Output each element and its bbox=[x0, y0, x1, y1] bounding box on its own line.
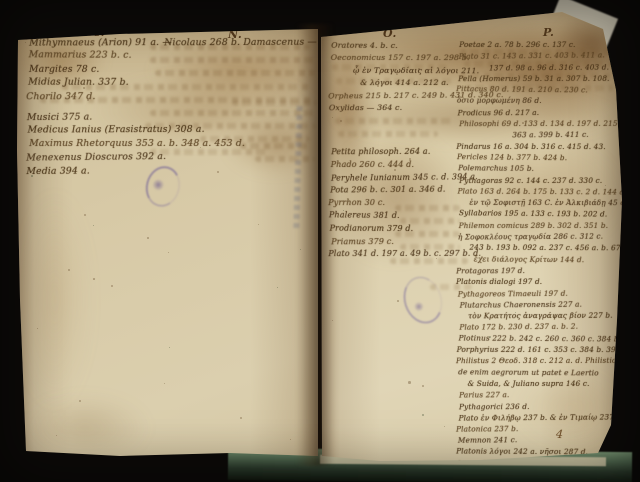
foxing-speck bbox=[340, 120, 342, 122]
paper-stain bbox=[20, 190, 90, 410]
index-entry: Orpheus 215 b. 217 c. 249 b. 431 d. 340 … bbox=[328, 89, 456, 102]
foxing-speck bbox=[422, 414, 424, 416]
manuscript-photo: M. N. Mithymnaeus (Arion) 91 a. —Mammari… bbox=[0, 0, 640, 482]
index-column-p-left: Petita philosoph. 264 a.Phado 260 c. 444… bbox=[330, 146, 466, 261]
bleedthrough-text-ghost bbox=[338, 131, 438, 137]
index-entry: Petita philosoph. 264 a. bbox=[331, 146, 467, 159]
index-entry: Polemarchus 105 b. bbox=[458, 163, 628, 176]
gutter-crease-highlight bbox=[319, 30, 321, 458]
index-entry: Memnon 241 c. bbox=[458, 434, 628, 447]
foxing-speck bbox=[168, 252, 169, 253]
foxing-speck bbox=[93, 225, 94, 226]
index-entry: Plotinus 222 b. 242 c. 260 c. 360 c. 384… bbox=[459, 332, 629, 344]
paper-stain bbox=[20, 395, 150, 460]
index-column-p-right: Poetae 2 a. 78 b. 296 c. 137 c.Plato 31 … bbox=[458, 39, 628, 468]
index-entry: Priamus 379 c. bbox=[331, 235, 467, 248]
foxing-speck bbox=[332, 320, 333, 321]
foxing-speck bbox=[300, 249, 301, 250]
foxing-speck bbox=[25, 42, 26, 43]
index-entry: Philemon comicus 289 b. 302 d. 351 b. bbox=[459, 220, 629, 231]
index-entry: 363 a. 399 b. 411 c. bbox=[512, 129, 626, 141]
foxing-speck bbox=[397, 300, 399, 302]
foxing-speck bbox=[290, 439, 291, 440]
index-entry: Plato 163 d. 264 b. 175 b. 133 c. 2 d. 1… bbox=[458, 185, 628, 197]
index-entry: Parius 227 a. bbox=[459, 389, 629, 401]
index-entry: Protagoras 197 d. bbox=[456, 265, 626, 277]
index-entry: ἔχει διάλογος Κρίτων 144 d. bbox=[474, 253, 628, 265]
index-entry: Pota 296 b. c. 301 a. 346 d. bbox=[330, 184, 466, 198]
index-entry: Oratores 4. b. c. bbox=[331, 40, 459, 53]
foxing-speck bbox=[258, 224, 259, 225]
index-entry: Phalereus 381 d. bbox=[329, 209, 465, 223]
index-entry: Syllabarios 195 a. 133 c. 193 b. 202 d. bbox=[459, 208, 629, 221]
foxing-speck bbox=[408, 381, 411, 384]
index-entry: Margites 78 c. bbox=[29, 63, 314, 77]
index-entry: Mammarius 223 b. c. bbox=[29, 49, 314, 64]
index-entry: Pyrrhon 30 c. bbox=[328, 197, 464, 210]
foxing-speck bbox=[147, 237, 149, 239]
index-entry: Medicus Ianius (Erasistratus) 308 a. bbox=[28, 123, 313, 137]
index-entry: Porphyrius 222 d. 161 c. 353 c. 384 b. 3… bbox=[457, 344, 627, 355]
index-entry: Platonis dialogi 197 d. bbox=[456, 276, 626, 287]
foxing-speck bbox=[422, 385, 424, 387]
foxing-speck bbox=[240, 417, 242, 419]
index-entry: Midias Julian. 337 b. bbox=[28, 76, 313, 90]
index-entry: ᾧ ἐν Τραγῳδίαις αἱ λόγοι 211. bbox=[353, 65, 459, 78]
index-entry: Plato 341 d. 197 a. 49 b. c. 297 b. d. bbox=[328, 248, 464, 261]
index-entry: Philosophi 69 d. 133 d. 134 d. 197 d. 21… bbox=[459, 118, 629, 130]
section-heading-p: P. bbox=[543, 26, 554, 39]
foxing-speck bbox=[444, 426, 445, 427]
folio-number: 4 bbox=[556, 428, 564, 441]
index-column-n: Nicolaus 268 b. Damascenus — bbox=[163, 36, 318, 49]
index-entry: de enim aegrorum ut patet e Laertio bbox=[458, 366, 628, 379]
index-entry: Philistus 2 Θεοδ. 318 c. 212 a. d. Phili… bbox=[456, 355, 626, 367]
index-entry: Prodianorum 379 d. bbox=[330, 222, 466, 235]
index-entry: Plato 31 c. 143 a. 331 c. 403 b. 411 a. bbox=[459, 49, 629, 62]
section-heading-o: O. bbox=[383, 27, 397, 40]
foxing-speck bbox=[84, 214, 86, 216]
index-entry: Plato 172 b. 230 d. 237 a. b. 2. bbox=[459, 321, 629, 334]
index-entry: Chorilo 347 d. bbox=[26, 89, 311, 103]
index-entry: Oeconomicus 157 c. 197 a. 298 b. bbox=[331, 52, 459, 65]
index-entry: Nicolaus 268 b. Damascenus — bbox=[164, 36, 319, 50]
index-entry: & λόγοι 414 a. 212 a. bbox=[360, 77, 458, 90]
index-entry: Pindarus 16 a. 304 b. 316 c. 415 d. 43. bbox=[456, 141, 626, 153]
foxing-speck bbox=[332, 117, 333, 118]
index-column-o: Oratores 4. b. c.Oeconomicus 157 c. 197 … bbox=[330, 40, 458, 114]
foxing-speck bbox=[169, 347, 170, 348]
index-entry: Prodicus 96 d. 217 a. bbox=[458, 106, 628, 118]
foxing-speck bbox=[68, 269, 70, 271]
foxing-speck bbox=[37, 328, 38, 329]
index-entry: ὅσιο μορφωμένη 86 d. bbox=[457, 95, 627, 107]
foxing-speck bbox=[164, 383, 165, 384]
foxing-speck bbox=[79, 400, 81, 402]
foxing-speck bbox=[111, 285, 113, 287]
index-column-m: Mithymnaeus (Arion) 91 a. —Mammarius 223… bbox=[28, 36, 313, 177]
index-entry: Oxylidas — 364 c. bbox=[329, 102, 457, 115]
library-stamp-right bbox=[398, 271, 449, 328]
foxing-speck bbox=[56, 435, 57, 436]
index-entry: Pythagorici 236 d. bbox=[459, 400, 629, 412]
bleedthrough-text-ghost bbox=[335, 118, 453, 124]
index-entry: 243 b. 193 b. 092 a. 237 c. 456 a. b. 67… bbox=[469, 242, 629, 254]
index-entry: Phado 260 c. 444 d. bbox=[331, 159, 467, 172]
index-entry: & Suida, & Juliano supra 146 c. bbox=[468, 378, 630, 389]
index-entry: Pythagoras 92 c. 144 c. 237 d. 330 c. bbox=[459, 175, 629, 186]
foxing-speck bbox=[277, 287, 278, 288]
foxing-speck bbox=[93, 278, 95, 280]
index-entry: 137 d. 98 a. 96 d. 316 c. 403 d. bbox=[489, 61, 629, 73]
